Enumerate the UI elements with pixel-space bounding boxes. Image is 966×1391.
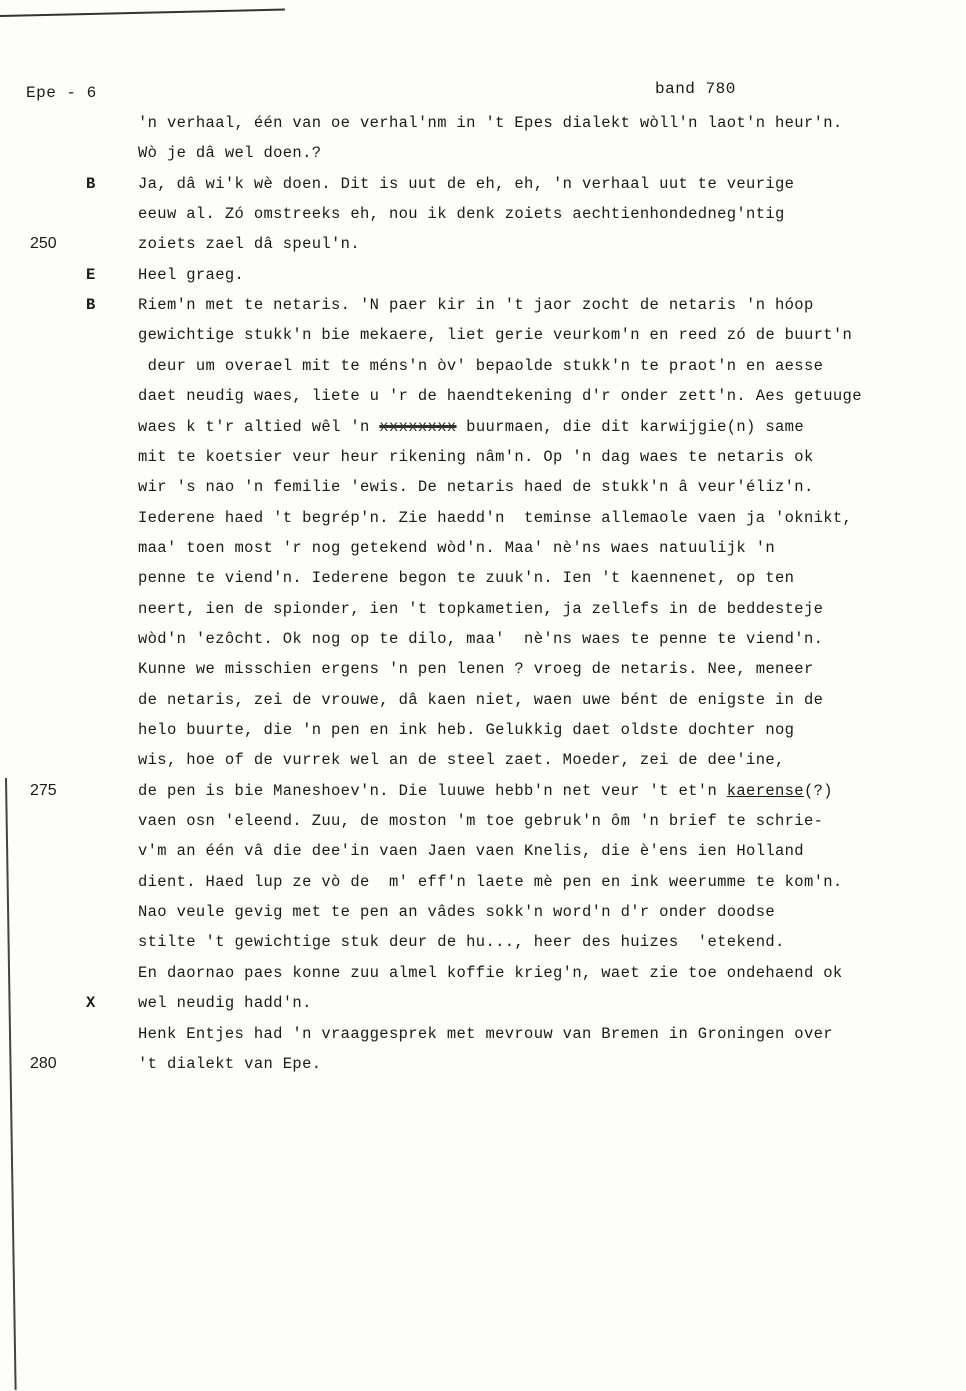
underlined-word: kaerense <box>727 782 804 800</box>
typed-transcript-page: Epe - 6 band 780 'n verhaal, één van oe … <box>0 0 966 1391</box>
transcript-line: Ja, dâ wi'k wè doen. Dit is uut de eh, e… <box>138 174 794 194</box>
transcript-line: Nao veule gevig met te pen an vâdes sokk… <box>138 902 775 922</box>
transcript-line: 'n verhaal, één van oe verhal'nm in 't E… <box>138 113 843 133</box>
transcript-line: helo buurte, die 'n pen en ink heb. Gelu… <box>138 720 794 740</box>
speaker-label: B <box>86 174 95 194</box>
transcript-line: Iederene haed 't begrép'n. Zie haedd'n t… <box>138 508 852 528</box>
paper-left-edge <box>5 778 16 1390</box>
transcript-line: deur um overael mit te méns'n òv' bepaol… <box>138 356 823 376</box>
transcript-line: Riem'n met te netaris. 'N paer kir in 't… <box>138 295 814 315</box>
transcript-line: wis, hoe of de vurrek wel an de steel za… <box>138 750 785 770</box>
margin-line-number: 250 <box>30 234 57 254</box>
transcript-line: neert, ien de spionder, ien 't topkameti… <box>138 599 823 619</box>
speaker-label: E <box>86 265 95 285</box>
transcript-line: wel neudig hadd'n. <box>138 993 312 1013</box>
margin-line-number: 275 <box>30 781 57 801</box>
transcript-line: dient. Haed lup ze vò de m' eff'n laete … <box>138 872 843 892</box>
transcript-line: Henk Entjes had 'n vraaggesprek met mevr… <box>138 1024 833 1044</box>
transcript-line: penne te viend'n. Iederene begon te zuuk… <box>138 568 794 588</box>
transcript-line: wòd'n 'ezôcht. Ok nog op te dilo, maa' n… <box>138 629 823 649</box>
tape-number: band 780 <box>655 80 736 98</box>
paper-top-edge <box>0 9 285 17</box>
transcript-line: de netaris, zei de vrouwe, dâ kaen niet,… <box>138 690 823 710</box>
speaker-label: X <box>86 993 95 1013</box>
transcript-line: gewichtige stukk'n bie mekaere, liet ger… <box>138 325 852 345</box>
transcript-line: daet neudig waes, liete u 'r de haendtek… <box>138 386 862 406</box>
transcript-line: wir 's nao 'n femilie 'ewis. De netaris … <box>138 477 814 497</box>
margin-line-number: 280 <box>30 1054 57 1074</box>
speaker-label: B <box>86 295 95 315</box>
transcript-line: mit te koetsier veur heur rikening nâm'n… <box>138 447 814 467</box>
transcript-line: maa' toen most 'r nog getekend wòd'n. Ma… <box>138 538 775 558</box>
transcript-line: de pen is bie Maneshoev'n. Die luuwe heb… <box>138 781 833 801</box>
transcript-line: 't dialekt van Epe. <box>138 1054 321 1074</box>
transcript-line: vaen osn 'eleend. Zuu, de moston 'm toe … <box>138 811 823 831</box>
transcript-line: Heel graeg. <box>138 265 244 285</box>
transcript-line: v'm an één vâ die dee'in vaen Jaen vaen … <box>138 841 804 861</box>
transcript-line: Wò je dâ wel doen.? <box>138 143 321 163</box>
transcript-line: waes k t'r altied wêl 'n xxxxxxxx buurma… <box>138 417 804 437</box>
transcript-line: Kunne we misschien ergens 'n pen lenen ?… <box>138 659 814 679</box>
struck-out-word: xxxxxxxx <box>379 418 456 436</box>
page-identifier: Epe - 6 <box>26 84 97 102</box>
transcript-line: En daornao paes konne zuu almel koffie k… <box>138 963 843 983</box>
transcript-line: stilte 't gewichtige stuk deur de hu...,… <box>138 932 785 952</box>
transcript-line: eeuw al. Zó omstreeks eh, nou ik denk zo… <box>138 204 785 224</box>
transcript-line: zoiets zael dâ speul'n. <box>138 234 360 254</box>
